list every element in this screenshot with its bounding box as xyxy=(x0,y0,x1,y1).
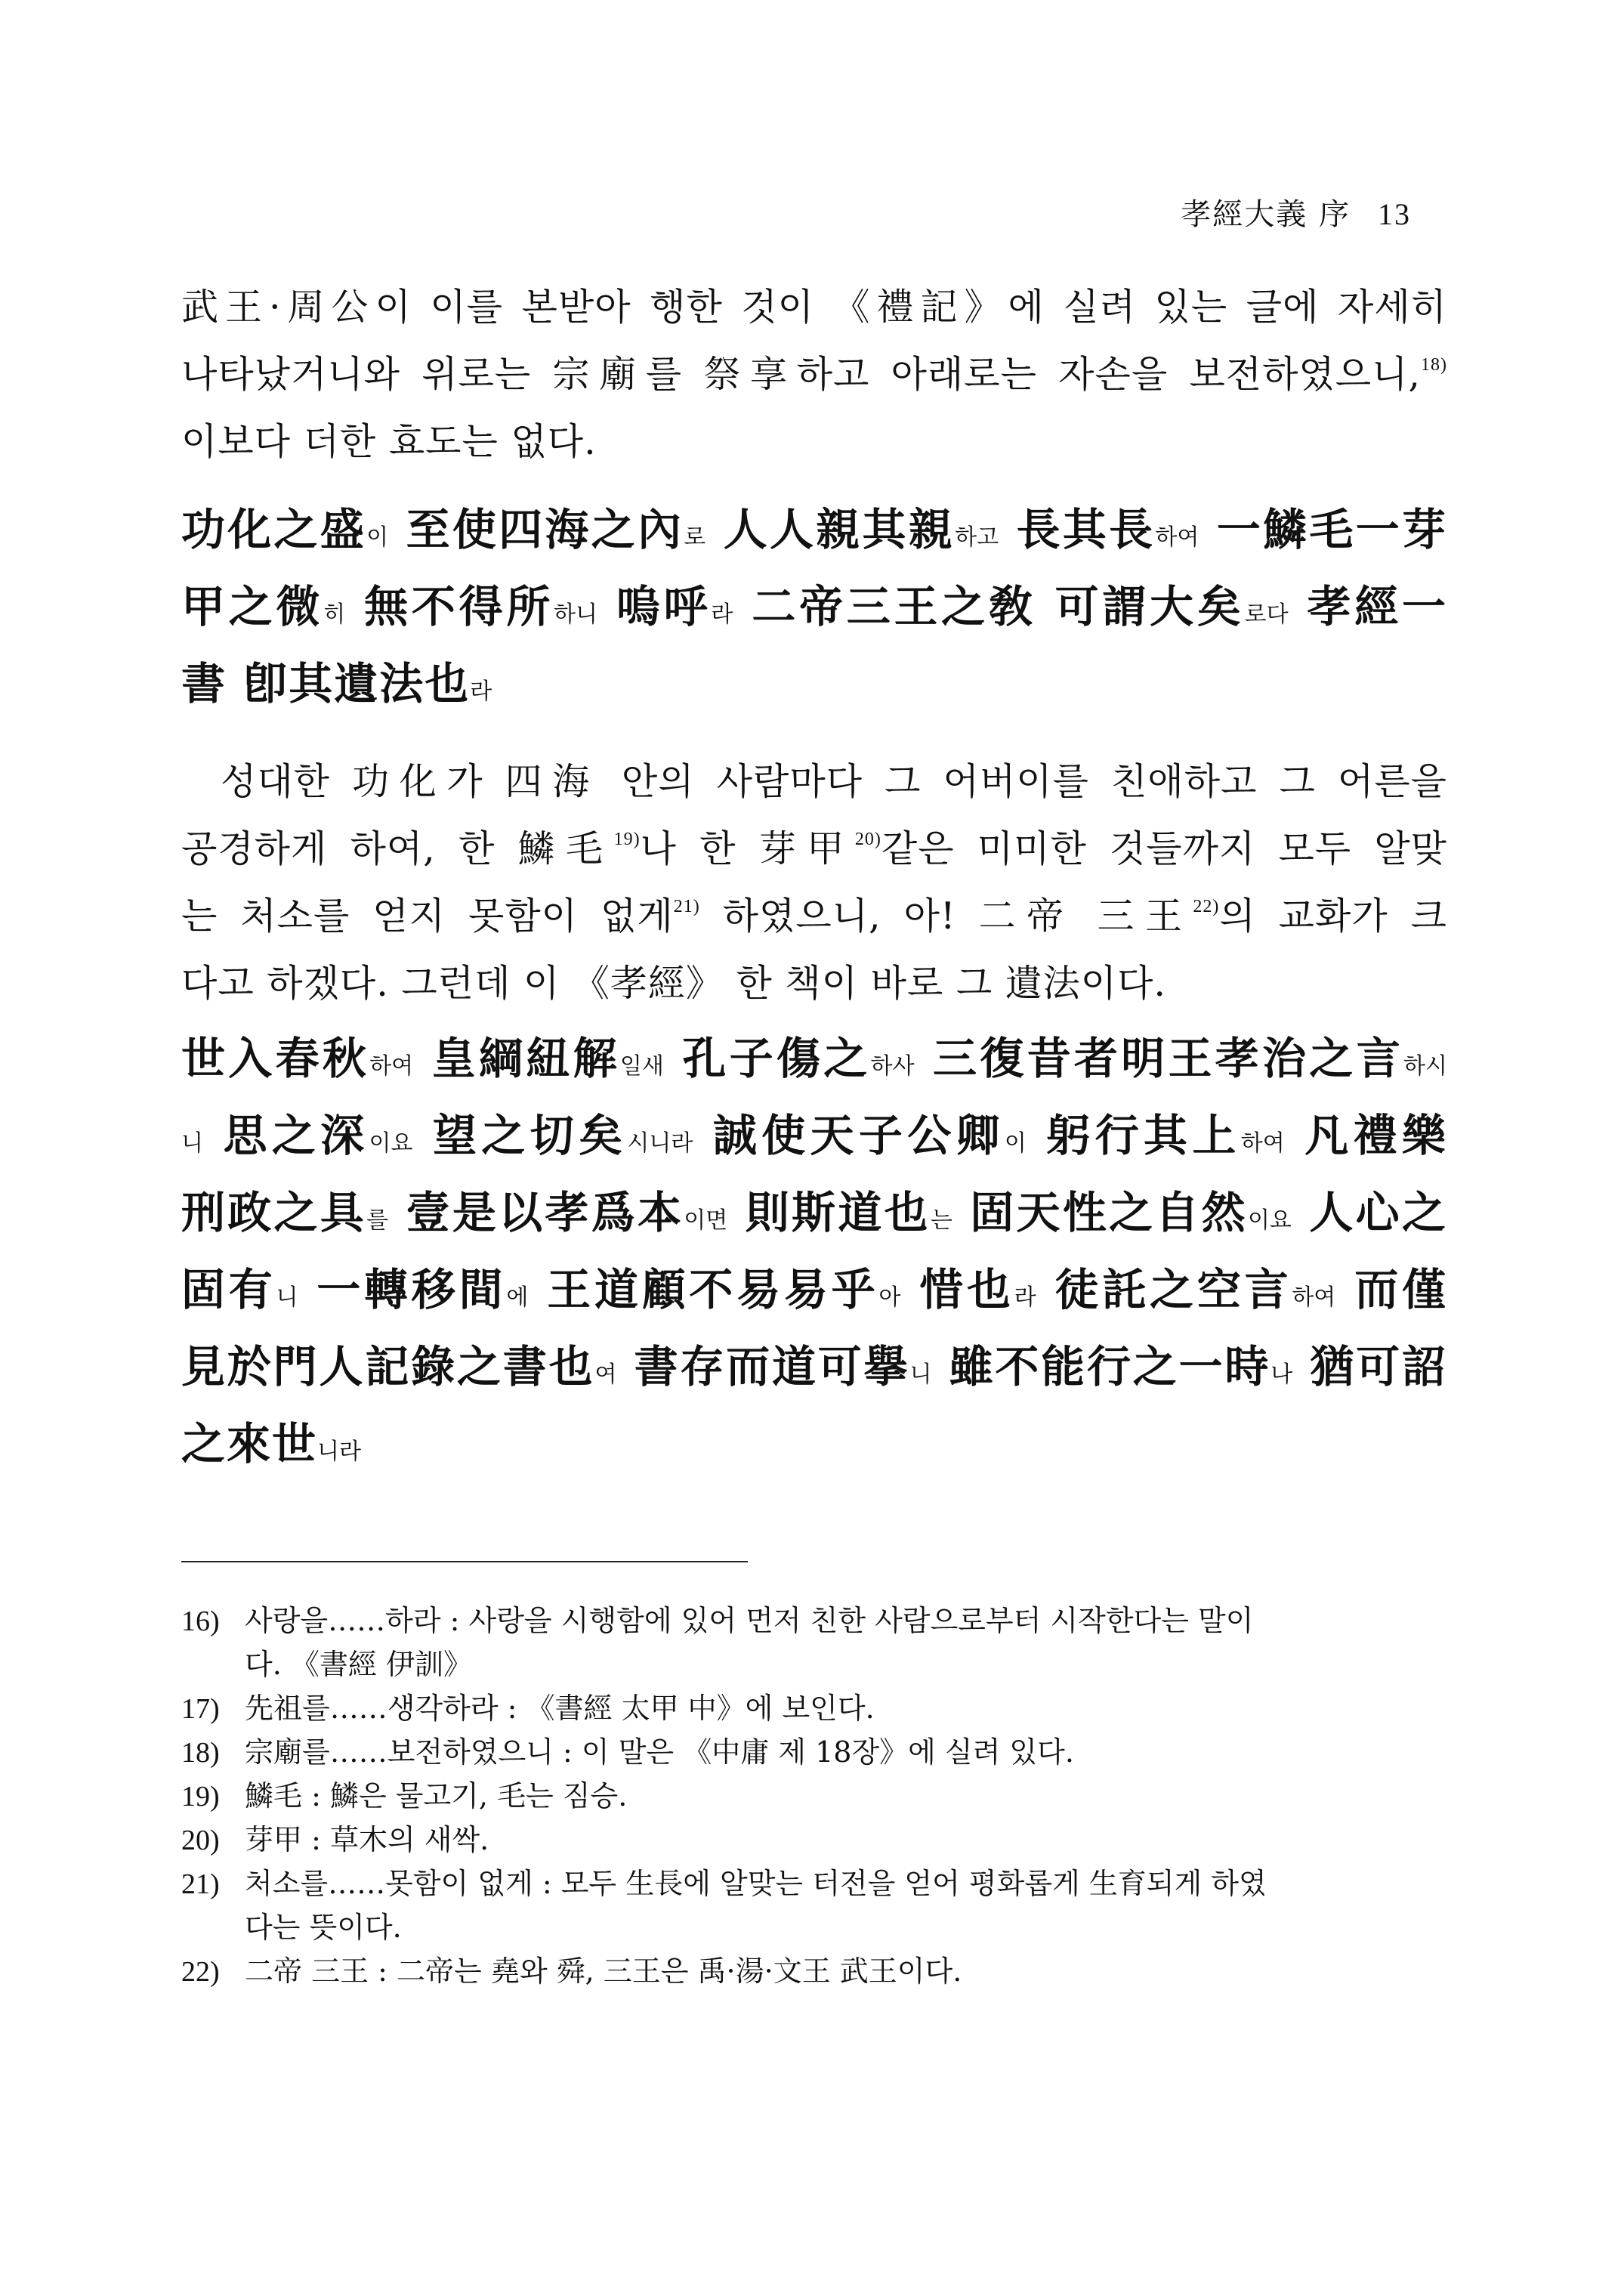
footnote-17: 17)先祖를……생각하라 : 《書經 太甲 中》에 보인다. xyxy=(181,1686,1447,1730)
footnotes: 16)사랑을……하라 : 사랑을 시행함에 있어 먼저 친한 사람으로부터 시작… xyxy=(181,1599,1447,1993)
text-line: 니 思之深이요 望之切矣시니라 誠使天子公卿이 躬行其上하여 凡禮樂 xyxy=(181,1097,1447,1174)
text-line: 見於門人記錄之書也여 書存而道可擧니 雖不能行之一時나 猶可詔 xyxy=(181,1328,1447,1405)
text-line: 世入春秋하여 皇綱紐解일새 孔子傷之하사 三復昔者明王孝治之言하시 xyxy=(181,1020,1447,1097)
text-line: 다고 하겠다. 그런데 이 《孝經》 한 책이 바로 그 遺法이다. xyxy=(181,950,1447,1017)
footnote-18: 18)宗廟를……보전하였으니 : 이 말은 《中庸 제 18장》에 실려 있다. xyxy=(181,1730,1447,1774)
text-line: 固有니 一轉移間에 王道顧不易易乎아 惜也라 徒託之空言하여 而僅 xyxy=(181,1251,1447,1328)
footnote-ref[interactable]: 19) xyxy=(614,830,641,849)
footnote-divider xyxy=(181,1561,748,1562)
text-line: 武王·周公이 이를 본받아 행한 것이 《禮記》에 실려 있는 글에 자세히 xyxy=(181,273,1447,341)
translation-paragraph-2: 성대한 功化가 四海 안의 사람마다 그 어버이를 친애하고 그 어른을 공경하… xyxy=(181,748,1447,1017)
footnote-19: 19)鱗毛 : 鱗은 물고기, 毛는 짐승. xyxy=(181,1774,1447,1818)
footnote-ref[interactable]: 22) xyxy=(1193,897,1219,916)
text-line: 공경하게 하여, 한 鱗毛19)나 한 芽甲20)같은 미미한 것들까지 모두 … xyxy=(181,815,1447,882)
text-line: 甲之微히 無不得所하니 嗚呼라 二帝三王之敎 可謂大矣로다 孝經一 xyxy=(181,568,1447,645)
page-number: 13 xyxy=(1378,197,1411,231)
footnote-20: 20)芽甲 : 草木의 새싹. xyxy=(181,1818,1447,1862)
original-text-paragraph-1: 功化之盛이 至使四海之內로 人人親其親하고 長其長하여 一鱗毛一芽 甲之微히 無… xyxy=(181,491,1447,722)
text-line: 성대한 功化가 四海 안의 사람마다 그 어버이를 친애하고 그 어른을 xyxy=(181,748,1447,815)
footnote-21: 21)처소를……못함이 없게 : 모두 生長에 알맞는 터전을 얻어 평화롭게 … xyxy=(181,1862,1447,1949)
footnote-22: 22)二帝 三王 : 二帝는 堯와 舜, 三王은 禹·湯·文王 武王이다. xyxy=(181,1949,1447,1993)
footnote-ref[interactable]: 21) xyxy=(674,897,700,916)
running-head: 孝經大義 序13 xyxy=(1181,190,1411,233)
text-line: 刑政之具를 壹是以孝爲本이면 則斯道也는 固天性之自然이요 人心之 xyxy=(181,1174,1447,1251)
running-head-title: 孝經大義 序 xyxy=(1181,197,1351,232)
footnote-ref[interactable]: 20) xyxy=(855,830,881,849)
text-line: 功化之盛이 至使四海之內로 人人親其親하고 長其長하여 一鱗毛一芽 xyxy=(181,491,1447,568)
translation-paragraph-1: 武王·周公이 이를 본받아 행한 것이 《禮記》에 실려 있는 글에 자세히 나… xyxy=(181,273,1447,475)
text-line: 이보다 더한 효도는 없다. xyxy=(181,408,1447,475)
original-text-paragraph-2: 世入春秋하여 皇綱紐解일새 孔子傷之하사 三復昔者明王孝治之言하시 니 思之深이… xyxy=(181,1020,1447,1482)
text-line: 는 처소를 얻지 못함이 없게21) 하였으니, 아! 二帝 三王22)의 교화… xyxy=(181,882,1447,950)
footnote-ref[interactable]: 18) xyxy=(1421,355,1447,375)
text-line: 나타났거니와 위로는 宗廟를 祭享하고 아래로는 자손을 보전하였으니,18) xyxy=(181,341,1447,408)
footnote-16: 16)사랑을……하라 : 사랑을 시행함에 있어 먼저 친한 사람으로부터 시작… xyxy=(181,1599,1447,1686)
text-line: 之來世니라 xyxy=(181,1405,1447,1482)
text-line: 書 卽其遺法也라 xyxy=(181,645,1447,722)
